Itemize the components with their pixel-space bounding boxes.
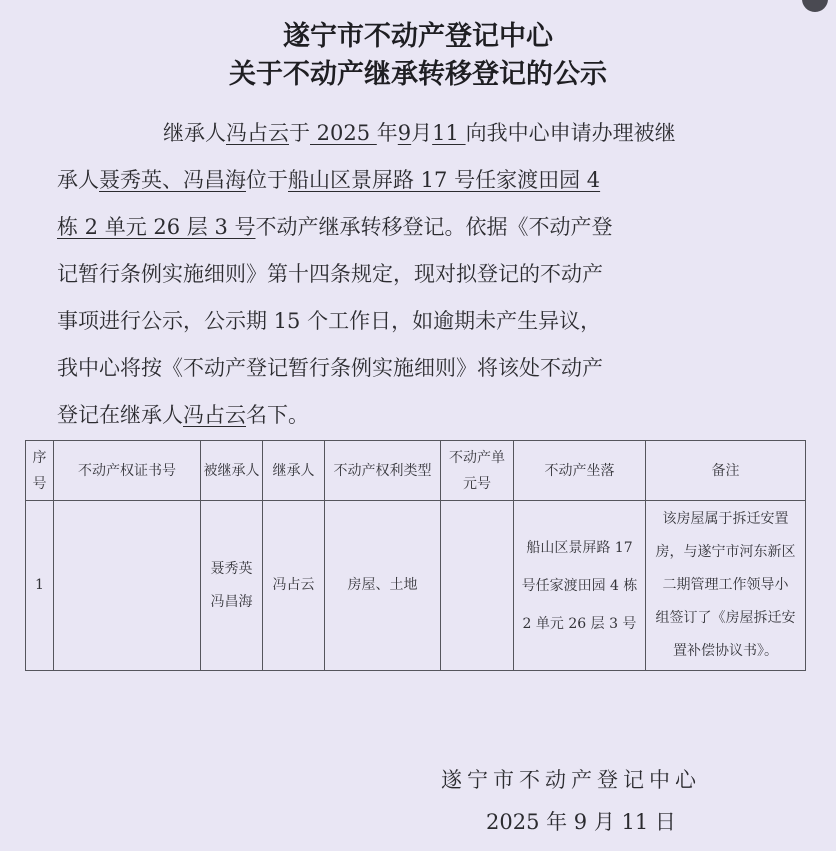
body-line-5: 事项进行公示，公示期 15 个工作日，如逾期未产生异议， — [57, 301, 601, 341]
text: 登记在继承人 — [57, 403, 183, 427]
property-address: 船山区景屏路 17 号任家渡田园 4 — [288, 168, 600, 192]
header-seq: 序号 — [26, 441, 54, 501]
text: 序 — [26, 445, 53, 471]
text: 不动产继承转移登记。依据《不动产登 — [256, 215, 613, 239]
cell-heir: 冯占云 — [263, 501, 325, 671]
header-remarks: 备注 — [646, 441, 806, 501]
cell-location: 船山区景屏路 17号任家渡田园 4 栋2 单元 26 层 3 号 — [514, 501, 646, 671]
apply-day: 11 — [432, 121, 465, 145]
table-header-row: 序号 不动产权证书号 被继承人 继承人 不动产权利类型 不动产单元号 不动产坐落… — [26, 441, 806, 501]
property-address-cont: 栋 2 单元 26 层 3 号 — [57, 215, 256, 239]
header-location: 不动产坐落 — [514, 441, 646, 501]
apply-year: 2025 — [310, 121, 377, 145]
cell-cert-no — [54, 501, 201, 671]
text: 组签订了《房屋拆迁安 — [646, 602, 805, 635]
body-line-7: 登记在继承人冯占云名下。 — [57, 395, 309, 435]
text: 元号 — [441, 471, 513, 497]
decedent-names: 聂秀英、冯昌海 — [99, 168, 246, 192]
body-line-3: 栋 2 单元 26 层 3 号不动产继承转移登记。依据《不动产登 — [57, 207, 613, 247]
document-title-line1: 遂宁市不动产登记中心 — [0, 14, 836, 53]
text: 聂秀英 — [201, 553, 262, 586]
text: 该房屋属于拆迁安置 — [646, 503, 805, 536]
document-page: 遂宁市不动产登记中心 关于不动产继承转移登记的公示 继承人冯占云于 2025 年… — [0, 0, 836, 851]
corner-dot-icon — [802, 0, 828, 12]
text: 位于 — [246, 168, 288, 192]
apply-month: 9 — [398, 121, 411, 145]
header-heir: 继承人 — [263, 441, 325, 501]
cell-unit-no — [441, 501, 514, 671]
header-cert-no: 不动产权证书号 — [54, 441, 201, 501]
signature-org: 遂宁市不动产登记中心 — [441, 764, 701, 794]
text: 月 — [411, 121, 432, 145]
body-line-2: 承人聂秀英、冯昌海位于船山区景屏路 17 号任家渡田园 4 — [57, 160, 600, 200]
signature-date: 2025 年 9 月 11 日 — [486, 806, 676, 836]
text: 房，与遂宁市河东新区 — [646, 536, 805, 569]
text: 号任家渡田园 4 栋 — [514, 567, 645, 605]
text: 于 — [289, 121, 310, 145]
heir-name: 冯占云 — [183, 403, 246, 427]
cell-remarks: 该房屋属于拆迁安置房，与遂宁市河东新区二期管理工作领导小组签订了《房屋拆迁安置补… — [646, 501, 806, 671]
text: 承人 — [57, 168, 99, 192]
table-row: 1 聂秀英冯昌海 冯占云 房屋、土地 船山区景屏路 17号任家渡田园 4 栋2 … — [26, 501, 806, 671]
text: 冯昌海 — [201, 586, 262, 619]
heir-name: 冯占云 — [226, 121, 289, 145]
text: 置补偿协议书》。 — [646, 635, 805, 668]
text: 2 单元 26 层 3 号 — [514, 605, 645, 643]
cell-seq: 1 — [26, 501, 54, 671]
header-decedent: 被继承人 — [201, 441, 263, 501]
text: 二期管理工作领导小 — [646, 569, 805, 602]
text: 号 — [26, 471, 53, 497]
text: 不动产单 — [441, 445, 513, 471]
text: 名下。 — [246, 403, 309, 427]
registration-table: 序号 不动产权证书号 被继承人 继承人 不动产权利类型 不动产单元号 不动产坐落… — [25, 440, 806, 671]
header-unit-no: 不动产单元号 — [441, 441, 514, 501]
cell-decedent: 聂秀英冯昌海 — [201, 501, 263, 671]
text: 继承人 — [163, 121, 226, 145]
header-right-type: 不动产权利类型 — [325, 441, 441, 501]
document-title-line2: 关于不动产继承转移登记的公示 — [0, 52, 836, 91]
text: 船山区景屏路 17 — [514, 529, 645, 567]
body-line-6: 我中心将按《不动产登记暂行条例实施细则》将该处不动产 — [57, 348, 603, 388]
text: 年 — [377, 121, 398, 145]
cell-right-type: 房屋、土地 — [325, 501, 441, 671]
text: 向我中心申请办理被继 — [466, 121, 676, 145]
body-line-4: 记暂行条例实施细则》第十四条规定，现对拟登记的不动产 — [57, 254, 603, 294]
body-line-1: 继承人冯占云于 2025 年9月11 向我中心申请办理被继 — [163, 113, 676, 153]
